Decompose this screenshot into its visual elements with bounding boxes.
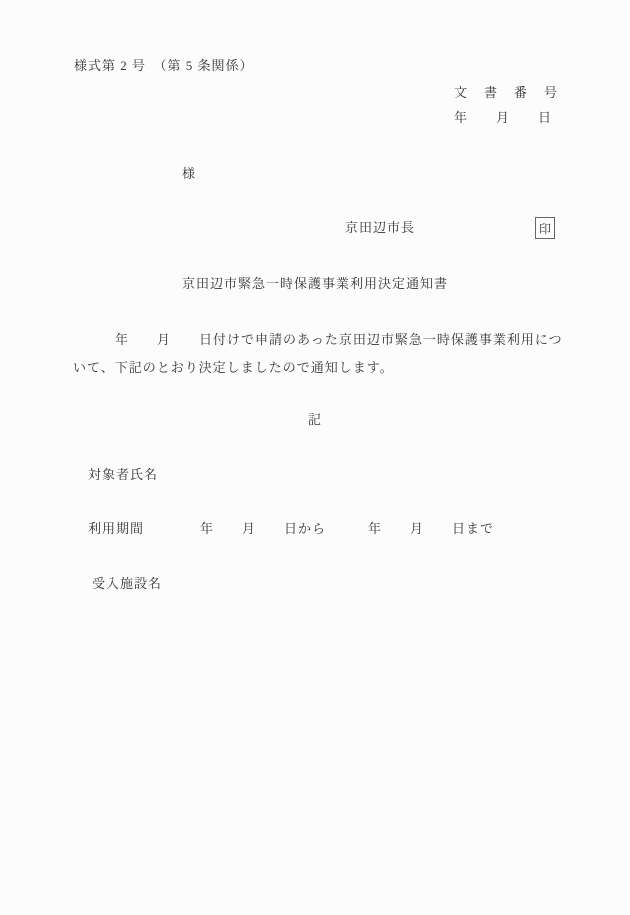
field-label-receiving-facility: 受入施設名 bbox=[92, 575, 162, 592]
field-value-usage-period: 年 月 日から 年 月 日まで bbox=[200, 520, 494, 537]
body-line-1: 年 月 日付けで申請のあった京田辺市緊急一時保護事業利用につ bbox=[73, 331, 563, 348]
issuer-name: 京田辺市長 bbox=[345, 219, 415, 236]
recipient-honorific: 様 bbox=[182, 165, 196, 182]
document-title: 京田辺市緊急一時保護事業利用決定通知書 bbox=[0, 275, 630, 292]
section-marker: 記 bbox=[0, 411, 630, 428]
document-number-label: 文 書 番 号 bbox=[454, 84, 559, 101]
document-page: 様式第 2 号 （第 5 条関係） 文 書 番 号 年 月 日 様 京田辺市長 … bbox=[0, 0, 630, 915]
seal-mark: 印 bbox=[535, 217, 555, 239]
header-date-line: 年 月 日 bbox=[454, 109, 552, 126]
form-number: 様式第 2 号 （第 5 条関係） bbox=[74, 57, 254, 74]
field-label-subject-name: 対象者氏名 bbox=[88, 466, 158, 483]
body-line-2: いて、下記のとおり決定しましたので通知します。 bbox=[73, 359, 394, 376]
field-label-usage-period: 利用期間 bbox=[88, 520, 144, 537]
